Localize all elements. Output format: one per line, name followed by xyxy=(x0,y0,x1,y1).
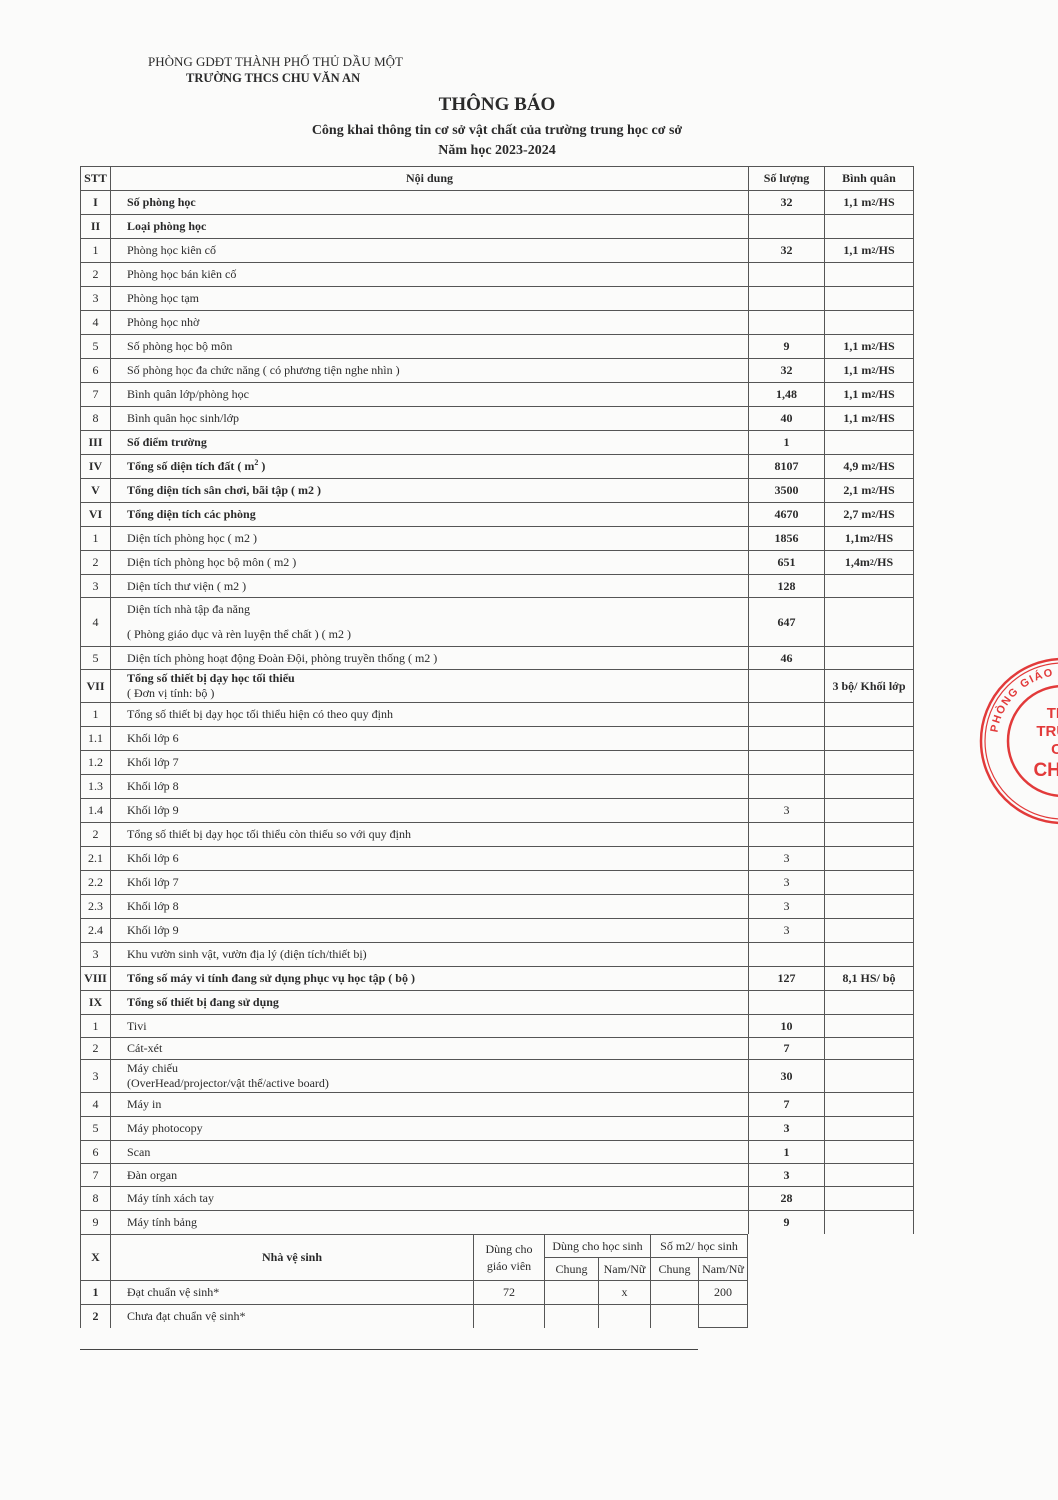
row-stt: 1 xyxy=(80,526,110,550)
row-content: Máy photocopy xyxy=(110,1116,748,1140)
row-quantity: 651 xyxy=(748,550,824,574)
row-stt: 6 xyxy=(80,358,110,382)
row-stt: 2.3 xyxy=(80,894,110,918)
table-row: 4Phòng học nhờ xyxy=(80,310,914,334)
row-average xyxy=(824,1140,914,1163)
table-row: VIITổng số thiết bị dạy học tối thiểu( Đ… xyxy=(80,669,914,702)
sanitation-cell-area-common xyxy=(650,1304,698,1328)
row-average xyxy=(824,750,914,774)
row-stt: VI xyxy=(80,502,110,526)
row-content: Tổng số thiết bị dạy học tối thiểu hiện … xyxy=(110,702,748,726)
row-quantity xyxy=(748,669,824,702)
row-content: Khu vườn sinh vật, vườn địa lý (diện tíc… xyxy=(110,942,748,966)
row-stt: VII xyxy=(80,669,110,702)
student-use-header: Dùng cho học sinh xyxy=(544,1234,650,1257)
table-row: VITổng diện tích các phòng46702,7 m2/HS xyxy=(80,502,914,526)
row-average: 1,4m2/HS xyxy=(824,550,914,574)
student-gender-header: Nam/Nữ xyxy=(598,1257,650,1280)
row-content: Loại phòng học xyxy=(110,214,748,238)
column-header-content: Nội dung xyxy=(110,166,748,190)
row-average xyxy=(824,894,914,918)
row-content-main: Tivi xyxy=(127,1019,147,1034)
row-content-main: Số phòng học xyxy=(127,195,196,210)
row-content: Diện tích thư viện ( m2 ) xyxy=(110,574,748,597)
school-seal-stamp: PHÒNG GIÁO DỤC VÀ ĐÀO TẠO T TRƯ TRUNG CƠ… xyxy=(978,656,1058,826)
table-row: 7Bình quân lớp/phòng học1,481,1 m2/HS xyxy=(80,382,914,406)
table-row: 6Số phòng học đa chức năng ( có phương t… xyxy=(80,358,914,382)
row-content: Số phòng học bộ môn xyxy=(110,334,748,358)
row-stt: 3 xyxy=(80,942,110,966)
row-content-main: Tổng số thiết bị dạy học tối thiểu xyxy=(127,671,295,686)
row-content: Tổng diện tích sân chơi, bãi tập ( m2 ) xyxy=(110,478,748,502)
row-quantity: 128 xyxy=(748,574,824,597)
row-average: 8,1 HS/ bộ xyxy=(824,966,914,990)
row-stt: 7 xyxy=(80,382,110,406)
table-row: 8Bình quân học sinh/lớp401,1 m2/HS xyxy=(80,406,914,430)
row-content-main: Bình quân lớp/phòng học xyxy=(127,387,249,402)
row-content-main: Diện tích nhà tập đa năng xyxy=(127,602,250,617)
row-average: 1,1 m2/HS xyxy=(824,190,914,214)
sanitation-cell-student-gender: x xyxy=(598,1280,650,1304)
row-content-main: Diện tích phòng hoạt động Đoàn Đội, phòn… xyxy=(127,651,437,666)
row-quantity: 9 xyxy=(748,334,824,358)
row-content-main: Diện tích phòng học ( m2 ) xyxy=(127,531,257,546)
area-common-header: Chung xyxy=(650,1257,698,1280)
row-content-main: Khối lớp 6 xyxy=(127,731,179,746)
row-content-main: Khối lớp 8 xyxy=(127,899,179,914)
stamp-line: TRUNG xyxy=(1036,723,1058,740)
footer-divider xyxy=(80,1349,698,1350)
row-stt: 1.1 xyxy=(80,726,110,750)
row-average: 3 bộ/ Khối lớp xyxy=(824,669,914,702)
row-average xyxy=(824,822,914,846)
row-average xyxy=(824,846,914,870)
table-row: 2.4Khối lớp 93 xyxy=(80,918,914,942)
row-stt: 1.3 xyxy=(80,774,110,798)
row-average xyxy=(824,597,914,646)
row-content: Số phòng học đa chức năng ( có phương ti… xyxy=(110,358,748,382)
sanitation-cell-content: Chưa đạt chuẩn vệ sinh* xyxy=(110,1304,473,1328)
row-stt: 4 xyxy=(80,597,110,646)
row-content-main: Tổng số diện tích đất ( m2 ) xyxy=(127,459,265,474)
row-quantity xyxy=(748,990,824,1014)
row-content: Khối lớp 8 xyxy=(110,894,748,918)
row-average xyxy=(824,774,914,798)
table-row: 3Phòng học tạm xyxy=(80,286,914,310)
area-per-student-header: Số m2/ học sinh xyxy=(650,1234,748,1257)
row-content-main: Số phòng học đa chức năng ( có phương ti… xyxy=(127,363,400,378)
row-content: Diện tích nhà tập đa năng( Phòng giáo dụ… xyxy=(110,597,748,646)
table-row: 1.4Khối lớp 93 xyxy=(80,798,914,822)
row-quantity: 4670 xyxy=(748,502,824,526)
table-row: 2Phòng học bán kiên cố xyxy=(80,262,914,286)
row-stt: 3 xyxy=(80,1059,110,1092)
row-stt: 1.4 xyxy=(80,798,110,822)
row-quantity: 8107 xyxy=(748,454,824,478)
row-quantity: 1856 xyxy=(748,526,824,550)
row-quantity: 3500 xyxy=(748,478,824,502)
row-quantity: 3 xyxy=(748,798,824,822)
row-average xyxy=(824,918,914,942)
table-row: IVTổng số diện tích đất ( m2 )81074,9 m2… xyxy=(80,454,914,478)
row-stt: 6 xyxy=(80,1140,110,1163)
row-quantity: 32 xyxy=(748,190,824,214)
row-content: Phòng học tạm xyxy=(110,286,748,310)
row-quantity: 1 xyxy=(748,430,824,454)
row-quantity xyxy=(748,822,824,846)
row-quantity: 28 xyxy=(748,1186,824,1210)
row-content-main: Đàn organ xyxy=(127,1168,177,1183)
table-row: 3Diện tích thư viện ( m2 )128 xyxy=(80,574,914,597)
row-quantity: 647 xyxy=(748,597,824,646)
row-average: 2,7 m2/HS xyxy=(824,502,914,526)
row-stt: 7 xyxy=(80,1163,110,1186)
row-average: 4,9 m2/HS xyxy=(824,454,914,478)
row-content-main: Số điểm trường xyxy=(127,435,207,450)
facilities-table: STT Nội dung Số lượng Bình quân ISố phòn… xyxy=(0,0,1058,1500)
column-header-quantity: Số lượng xyxy=(748,166,824,190)
row-average xyxy=(824,1014,914,1037)
row-stt: 8 xyxy=(80,1186,110,1210)
row-content-main: Tổng số thiết bị dạy học tối thiểu còn t… xyxy=(127,827,411,842)
row-content: Tivi xyxy=(110,1014,748,1037)
table-row: 5Máy photocopy3 xyxy=(80,1116,914,1140)
row-stt: 9 xyxy=(80,1210,110,1234)
stamp-line: CHU V xyxy=(1033,760,1058,781)
row-quantity xyxy=(748,262,824,286)
row-stt: 1 xyxy=(80,238,110,262)
row-quantity xyxy=(748,774,824,798)
row-content: Máy chiếu(OverHead/projector/vật thể/act… xyxy=(110,1059,748,1092)
row-quantity xyxy=(748,942,824,966)
row-average xyxy=(824,1037,914,1059)
row-stt: 1 xyxy=(80,702,110,726)
row-content-main: Phòng học bán kiên cố xyxy=(127,267,236,282)
row-content: Số phòng học xyxy=(110,190,748,214)
table-row: VIIITổng số máy vi tính đang sử dụng phụ… xyxy=(80,966,914,990)
row-quantity xyxy=(748,726,824,750)
row-content-main: Diện tích thư viện ( m2 ) xyxy=(127,579,246,594)
table-row: 2Tổng số thiết bị dạy học tối thiểu còn … xyxy=(80,822,914,846)
row-content-main: Tổng số máy vi tính đang sử dụng phục vụ… xyxy=(127,971,415,986)
row-content: Số điểm trường xyxy=(110,430,748,454)
row-quantity: 3 xyxy=(748,1163,824,1186)
row-average xyxy=(824,1210,914,1234)
row-stt: 2.1 xyxy=(80,846,110,870)
area-gender-header: Nam/Nữ xyxy=(698,1257,748,1280)
row-average xyxy=(824,1059,914,1092)
row-quantity: 10 xyxy=(748,1014,824,1037)
row-content: Đàn organ xyxy=(110,1163,748,1186)
table-row: 1.2Khối lớp 7 xyxy=(80,750,914,774)
row-quantity: 3 xyxy=(748,870,824,894)
row-content: Bình quân lớp/phòng học xyxy=(110,382,748,406)
row-quantity: 3 xyxy=(748,846,824,870)
row-quantity: 3 xyxy=(748,918,824,942)
row-quantity: 7 xyxy=(748,1092,824,1116)
table-row: ISố phòng học321,1 m2/HS xyxy=(80,190,914,214)
row-stt: 1.2 xyxy=(80,750,110,774)
row-content: Tổng số diện tích đất ( m2 ) xyxy=(110,454,748,478)
table-row: 3Máy chiếu(OverHead/projector/vật thể/ac… xyxy=(80,1059,914,1092)
row-quantity xyxy=(748,286,824,310)
table-row: 7Đàn organ3 xyxy=(80,1163,914,1186)
row-stt: 2 xyxy=(80,262,110,286)
table-row: 2Diện tích phòng học bộ môn ( m2 )6511,4… xyxy=(80,550,914,574)
table-row: 5Diện tích phòng hoạt động Đoàn Đội, phò… xyxy=(80,646,914,669)
table-row: 1Tivi10 xyxy=(80,1014,914,1037)
row-content: Máy in xyxy=(110,1092,748,1116)
row-stt: 2 xyxy=(80,1037,110,1059)
row-content-main: Cát-xét xyxy=(127,1041,162,1056)
row-stt: 5 xyxy=(80,334,110,358)
sanitation-cell-teacher xyxy=(473,1304,544,1328)
row-quantity xyxy=(748,702,824,726)
row-stt: 4 xyxy=(80,310,110,334)
row-content: Scan xyxy=(110,1140,748,1163)
row-content-main: Phòng học kiên cố xyxy=(127,243,216,258)
table-row: 5Số phòng học bộ môn91,1 m2/HS xyxy=(80,334,914,358)
row-stt: II xyxy=(80,214,110,238)
row-quantity: 9 xyxy=(748,1210,824,1234)
row-content: Khối lớp 8 xyxy=(110,774,748,798)
sanitation-cell-student-common xyxy=(544,1280,598,1304)
row-average xyxy=(824,990,914,1014)
row-stt: I xyxy=(80,190,110,214)
sanitation-cell-area-gender: 200 xyxy=(698,1280,748,1304)
row-stt: 5 xyxy=(80,646,110,669)
row-average xyxy=(824,574,914,597)
table-row: 4Diện tích nhà tập đa năng( Phòng giáo d… xyxy=(80,597,914,646)
row-quantity: 1 xyxy=(748,1140,824,1163)
row-average xyxy=(824,798,914,822)
row-average xyxy=(824,726,914,750)
stamp-line: CƠ xyxy=(1051,741,1058,758)
row-average: 1,1 m2/HS xyxy=(824,238,914,262)
row-content-main: Khối lớp 7 xyxy=(127,875,179,890)
row-content: Tổng diện tích các phòng xyxy=(110,502,748,526)
row-quantity: 32 xyxy=(748,238,824,262)
row-quantity xyxy=(748,214,824,238)
row-content-main: Tổng số thiết bị đang sử dụng xyxy=(127,995,279,1010)
row-content-main: Máy tính bảng xyxy=(127,1215,197,1230)
row-stt: 2 xyxy=(80,550,110,574)
table-row: 4Máy in7 xyxy=(80,1092,914,1116)
table-header-row: STT Nội dung Số lượng Bình quân xyxy=(80,166,914,190)
table-row: IILoại phòng học xyxy=(80,214,914,238)
row-content-main: Khối lớp 6 xyxy=(127,851,179,866)
table-row: 1Diện tích phòng học ( m2 )18561,1m2/HS xyxy=(80,526,914,550)
row-content-main: Máy chiếu xyxy=(127,1061,178,1076)
row-stt: 3 xyxy=(80,574,110,597)
row-stt: VIII xyxy=(80,966,110,990)
row-content-main: Bình quân học sinh/lớp xyxy=(127,411,239,426)
row-content-main: Phòng học tạm xyxy=(127,291,199,306)
sanitation-cell-area-gender xyxy=(698,1304,748,1328)
row-content-main: Scan xyxy=(127,1145,150,1160)
row-average xyxy=(824,942,914,966)
row-average xyxy=(824,286,914,310)
sanitation-stt: X xyxy=(80,1234,110,1280)
row-content: Diện tích phòng học bộ môn ( m2 ) xyxy=(110,550,748,574)
row-stt: 8 xyxy=(80,406,110,430)
sanitation-cell-stt: 2 xyxy=(80,1304,110,1328)
row-average xyxy=(824,1116,914,1140)
row-average: 2,1 m2/HS xyxy=(824,478,914,502)
row-quantity: 3 xyxy=(748,894,824,918)
row-average xyxy=(824,262,914,286)
row-content-main: Máy in xyxy=(127,1097,161,1112)
row-content-note: ( Đơn vị tính: bộ ) xyxy=(127,686,214,701)
table-row: 3Khu vườn sinh vật, vườn địa lý (diện tí… xyxy=(80,942,914,966)
row-content-note: (OverHead/projector/vật thể/active board… xyxy=(127,1076,329,1091)
row-quantity: 7 xyxy=(748,1037,824,1059)
row-content: Tổng số thiết bị dạy học tối thiểu còn t… xyxy=(110,822,748,846)
table-row: 1Phòng học kiên cố321,1 m2/HS xyxy=(80,238,914,262)
student-common-header: Chung xyxy=(544,1257,598,1280)
row-content-main: Số phòng học bộ môn xyxy=(127,339,232,354)
table-row: 9Máy tính bảng9 xyxy=(80,1210,914,1234)
row-stt: 3 xyxy=(80,286,110,310)
column-header-stt: STT xyxy=(80,166,110,190)
sanitation-cell-student-common xyxy=(544,1304,598,1328)
row-content: Khối lớp 9 xyxy=(110,798,748,822)
row-content-main: Khối lớp 9 xyxy=(127,923,179,938)
table-row: IIISố điểm trường1 xyxy=(80,430,914,454)
column-header-average: Bình quân xyxy=(824,166,914,190)
row-content: Khối lớp 9 xyxy=(110,918,748,942)
row-quantity: 1,48 xyxy=(748,382,824,406)
teacher-use-header: Dùng cho giáo viên xyxy=(473,1234,544,1280)
row-content: Khối lớp 7 xyxy=(110,750,748,774)
row-stt: V xyxy=(80,478,110,502)
sanitation-cell-teacher: 72 xyxy=(473,1280,544,1304)
row-content: Phòng học kiên cố xyxy=(110,238,748,262)
stamp-line: TRƯ xyxy=(1047,705,1058,722)
row-stt: 2.4 xyxy=(80,918,110,942)
row-quantity: 46 xyxy=(748,646,824,669)
row-content-main: Phòng học nhờ xyxy=(127,315,199,330)
row-content: Diện tích phòng học ( m2 ) xyxy=(110,526,748,550)
row-average xyxy=(824,870,914,894)
row-stt: III xyxy=(80,430,110,454)
row-content: Bình quân học sinh/lớp xyxy=(110,406,748,430)
row-content: Khối lớp 6 xyxy=(110,726,748,750)
table-row: 2.1Khối lớp 63 xyxy=(80,846,914,870)
row-average xyxy=(824,1186,914,1210)
row-quantity: 3 xyxy=(748,1116,824,1140)
row-content-main: Loại phòng học xyxy=(127,219,206,234)
sanitation-cell-student-gender xyxy=(598,1304,650,1328)
row-quantity: 30 xyxy=(748,1059,824,1092)
row-quantity: 40 xyxy=(748,406,824,430)
row-content-main: Tổng diện tích các phòng xyxy=(127,507,256,522)
row-content: Tổng số thiết bị dạy học tối thiểu( Đơn … xyxy=(110,669,748,702)
table-row: 1.1Khối lớp 6 xyxy=(80,726,914,750)
row-average: 1,1 m2/HS xyxy=(824,382,914,406)
row-stt: 2 xyxy=(80,822,110,846)
row-average xyxy=(824,430,914,454)
row-content-main: Tổng diện tích sân chơi, bãi tập ( m2 ) xyxy=(127,483,321,498)
row-content: Diện tích phòng hoạt động Đoàn Đội, phòn… xyxy=(110,646,748,669)
row-content: Khối lớp 6 xyxy=(110,846,748,870)
row-average: 1,1 m2/HS xyxy=(824,406,914,430)
row-average xyxy=(824,214,914,238)
row-average xyxy=(824,1092,914,1116)
row-content: Tổng số thiết bị đang sử dụng xyxy=(110,990,748,1014)
row-average xyxy=(824,1163,914,1186)
row-stt: IX xyxy=(80,990,110,1014)
row-content-main: Tổng số thiết bị dạy học tối thiểu hiện … xyxy=(127,707,393,722)
row-average: 1,1 m2/HS xyxy=(824,334,914,358)
row-stt: 5 xyxy=(80,1116,110,1140)
row-quantity xyxy=(748,750,824,774)
row-content-main: Khối lớp 8 xyxy=(127,779,179,794)
table-row: 8Máy tính xách tay28 xyxy=(80,1186,914,1210)
table-row: 1Tổng số thiết bị dạy học tối thiểu hiện… xyxy=(80,702,914,726)
row-average xyxy=(824,310,914,334)
table-row: VTổng diện tích sân chơi, bãi tập ( m2 )… xyxy=(80,478,914,502)
table-row: 2Cát-xét7 xyxy=(80,1037,914,1059)
row-stt: 2.2 xyxy=(80,870,110,894)
row-average: 1,1m2/HS xyxy=(824,526,914,550)
row-content: Phòng học bán kiên cố xyxy=(110,262,748,286)
row-content: Tổng số máy vi tính đang sử dụng phục vụ… xyxy=(110,966,748,990)
sanitation-title: Nhà vệ sinh xyxy=(110,1234,473,1280)
row-quantity: 32 xyxy=(748,358,824,382)
row-average xyxy=(824,702,914,726)
table-row: 2.2Khối lớp 73 xyxy=(80,870,914,894)
row-content-main: Khối lớp 7 xyxy=(127,755,179,770)
row-stt: 4 xyxy=(80,1092,110,1116)
row-content: Máy tính bảng xyxy=(110,1210,748,1234)
row-content-main: Máy tính xách tay xyxy=(127,1191,214,1206)
row-content: Cát-xét xyxy=(110,1037,748,1059)
row-quantity xyxy=(748,310,824,334)
row-content-main: Khu vườn sinh vật, vườn địa lý (diện tíc… xyxy=(127,947,367,962)
row-content-main: Diện tích phòng học bộ môn ( m2 ) xyxy=(127,555,296,570)
row-average: 1,1 m2/HS xyxy=(824,358,914,382)
table-row: 2.3Khối lớp 83 xyxy=(80,894,914,918)
row-content-main: Khối lớp 9 xyxy=(127,803,179,818)
table-row: 1.3Khối lớp 8 xyxy=(80,774,914,798)
table-row: IXTổng số thiết bị đang sử dụng xyxy=(80,990,914,1014)
row-content-main: Máy photocopy xyxy=(127,1121,203,1136)
row-stt: 1 xyxy=(80,1014,110,1037)
row-quantity: 127 xyxy=(748,966,824,990)
sanitation-cell-area-common xyxy=(650,1280,698,1304)
sanitation-cell-content: Đạt chuẩn vệ sinh* xyxy=(110,1280,473,1304)
row-average xyxy=(824,646,914,669)
row-content: Máy tính xách tay xyxy=(110,1186,748,1210)
row-content: Phòng học nhờ xyxy=(110,310,748,334)
row-stt: IV xyxy=(80,454,110,478)
row-content-note: ( Phòng giáo dục và rèn luyện thể chất )… xyxy=(127,627,351,642)
row-content: Khối lớp 7 xyxy=(110,870,748,894)
table-row: 6Scan1 xyxy=(80,1140,914,1163)
sanitation-cell-stt: 1 xyxy=(80,1280,110,1304)
